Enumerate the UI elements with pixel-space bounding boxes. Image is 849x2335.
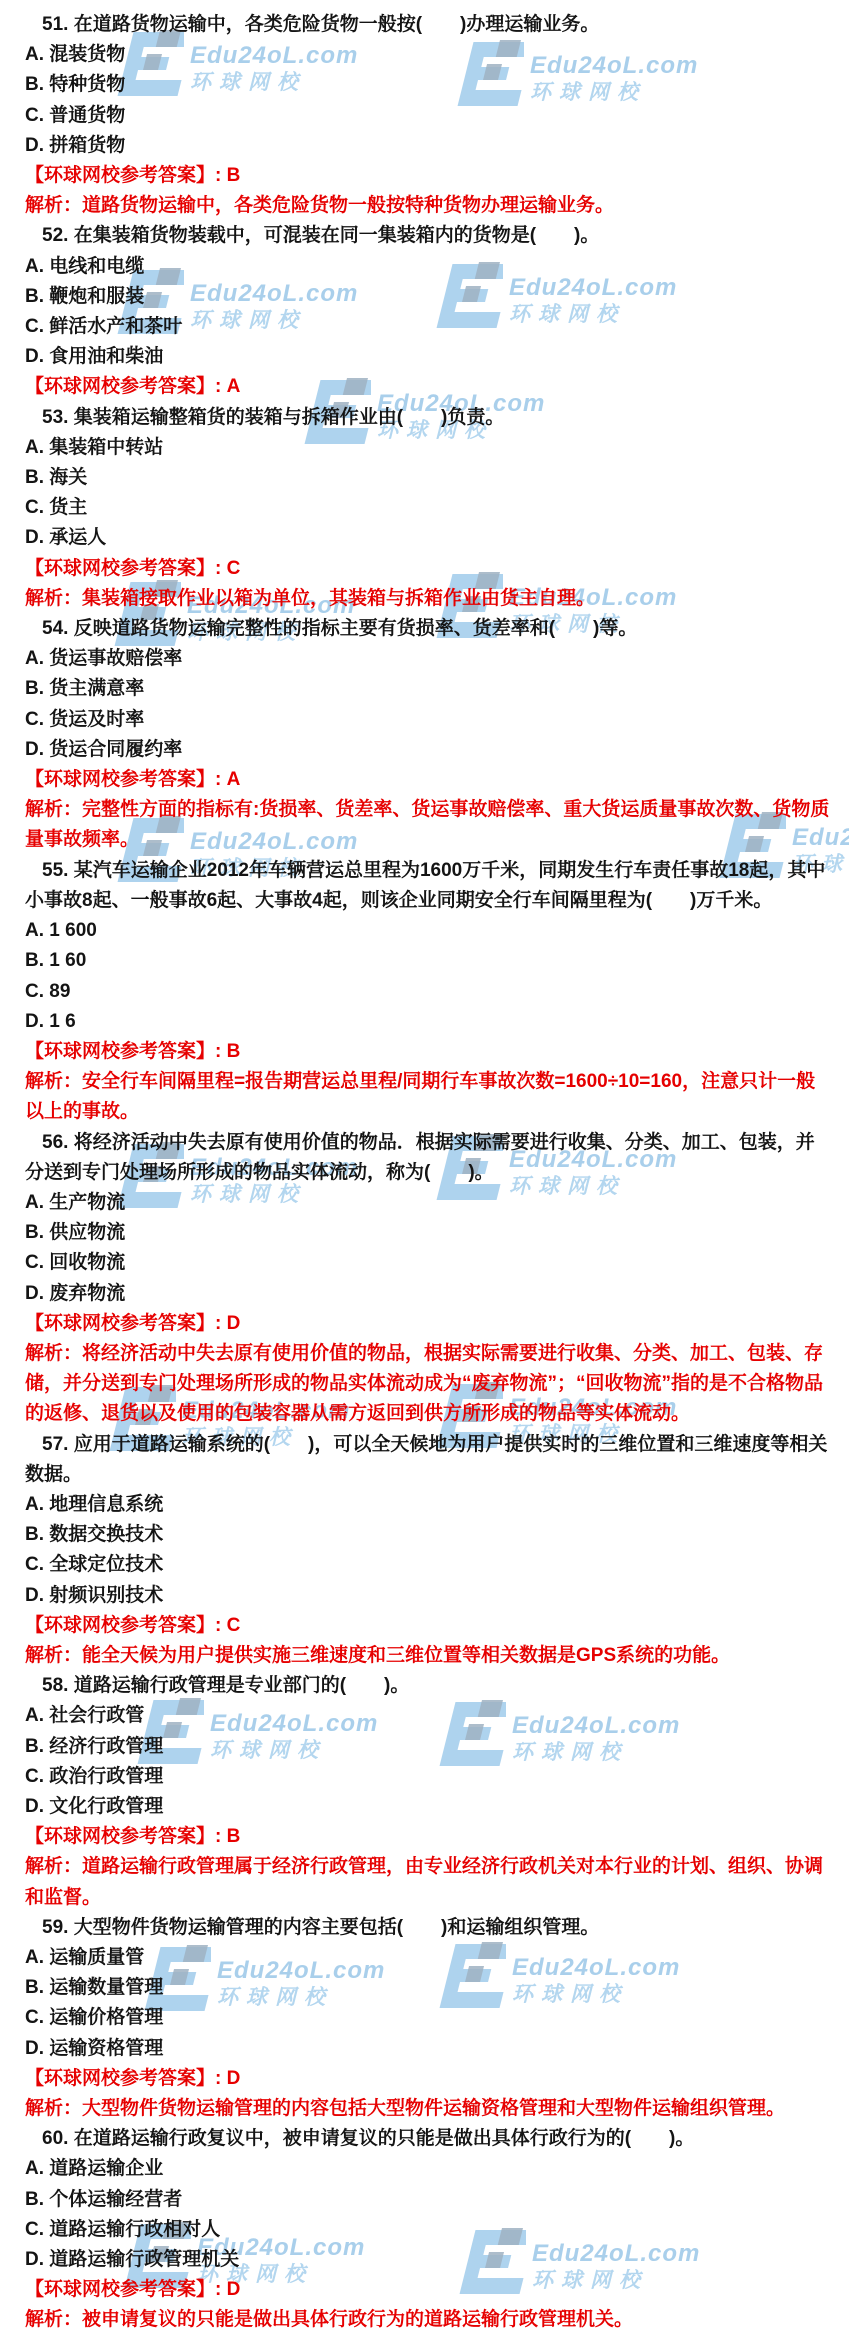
question-option: A. 电线和电缆 <box>25 252 831 282</box>
question-option: C. 89 <box>25 977 831 1007</box>
question-block: 58. 道路运输行政管理是专业部门的( )。 A. 社会行政管B. 经济行政管理… <box>25 1671 831 1913</box>
exam-document: 51. 在道路货物运输中，各类危险货物一般按( )办理运输业务。 A. 混装货物… <box>0 0 849 2335</box>
analysis-line: 解析：被申请复议的只能是做出具体行政行为的道路运输行政管理机关。 <box>25 2305 831 2335</box>
analysis-line: 解析：能全天候为用户提供实施三维速度和三维位置等相关数据是GPS系统的功能。 <box>25 1641 831 1671</box>
answer-line: 【环球网校参考答案】: B <box>25 1822 831 1852</box>
question-option: D. 文化行政管理 <box>25 1792 831 1822</box>
analysis-line: 解析：安全行车间隔里程=报告期营运总里程/同期行车事故次数=1600÷10=16… <box>25 1067 831 1127</box>
question-stem: 51. 在道路货物运输中，各类危险货物一般按( )办理运输业务。 <box>25 10 831 40</box>
question-option: B. 特种货物 <box>25 70 831 100</box>
option-list: A. 生产物流B. 供应物流C. 回收物流D. 废弃物流 <box>25 1188 831 1309</box>
question-option: A. 运输质量管 <box>25 1943 831 1973</box>
question-stem: 52. 在集装箱货物装载中，可混装在同一集装箱内的货物是( )。 <box>25 221 831 251</box>
option-list: A. 地理信息系统B. 数据交换技术C. 全球定位技术D. 射频识别技术 <box>25 1490 831 1611</box>
question-stem: 58. 道路运输行政管理是专业部门的( )。 <box>25 1671 831 1701</box>
question-block: 51. 在道路货物运输中，各类危险货物一般按( )办理运输业务。 A. 混装货物… <box>25 10 831 221</box>
option-list: A. 集装箱中转站B. 海关C. 货主D. 承运人 <box>25 433 831 554</box>
question-block: 52. 在集装箱货物装载中，可混装在同一集装箱内的货物是( )。 A. 电线和电… <box>25 221 831 402</box>
option-list: A. 道路运输企业B. 个体运输经营者C. 道路运输行政相对人D. 道路运输行政… <box>25 2154 831 2275</box>
question-block: 60. 在道路运输行政复议中，被申请复议的只能是做出具体行政行为的( )。 A.… <box>25 2124 831 2335</box>
answer-line: 【环球网校参考答案】: B <box>25 161 831 191</box>
question-option: C. 全球定位技术 <box>25 1550 831 1580</box>
question-option: D. 运输资格管理 <box>25 2034 831 2064</box>
question-stem: 55. 某汽车运输企业2012年车辆营运总里程为1600万千米，同期发生行车责任… <box>25 856 831 916</box>
question-option: A. 混装货物 <box>25 40 831 70</box>
question-option: A. 生产物流 <box>25 1188 831 1218</box>
question-block: 59. 大型物件货物运输管理的内容主要包括( )和运输组织管理。 A. 运输质量… <box>25 1913 831 2124</box>
question-option: D. 废弃物流 <box>25 1279 831 1309</box>
answer-line: 【环球网校参考答案】: D <box>25 1309 831 1339</box>
question-block: 56. 将经济活动中失去原有使用价值的物品．根据实际需要进行收集、分类、加工、包… <box>25 1128 831 1430</box>
question-option: C. 货主 <box>25 493 831 523</box>
question-option: C. 普通货物 <box>25 101 831 131</box>
question-stem: 54. 反映道路货物运输完整性的指标主要有货损率、货差率和( )等。 <box>25 614 831 644</box>
analysis-line: 解析：道路运输行政管理属于经济行政管理，由专业经济行政机关对本行业的计划、组织、… <box>25 1852 831 1912</box>
question-option: B. 海关 <box>25 463 831 493</box>
answer-line: 【环球网校参考答案】: D <box>25 2064 831 2094</box>
option-list: A. 电线和电缆B. 鞭炮和服装C. 鲜活水产和茶叶D. 食用油和柴油 <box>25 252 831 373</box>
question-option: D. 1 6 <box>25 1007 831 1037</box>
question-option: B. 运输数量管理 <box>25 1973 831 2003</box>
question-stem: 59. 大型物件货物运输管理的内容主要包括( )和运输组织管理。 <box>25 1913 831 1943</box>
analysis-line: 解析：将经济活动中失去原有使用价值的物品，根据实际需要进行收集、分类、加工、包装… <box>25 1339 831 1430</box>
analysis-line: 解析：完整性方面的指标有:货损率、货差率、货运事故赔偿率、重大货运质量事故次数、… <box>25 795 831 855</box>
question-block: 54. 反映道路货物运输完整性的指标主要有货损率、货差率和( )等。 A. 货运… <box>25 614 831 856</box>
answer-line: 【环球网校参考答案】: B <box>25 1037 831 1067</box>
option-list: A. 社会行政管B. 经济行政管理C. 政治行政管理D. 文化行政管理 <box>25 1701 831 1822</box>
question-option: C. 回收物流 <box>25 1248 831 1278</box>
question-list: 51. 在道路货物运输中，各类危险货物一般按( )办理运输业务。 A. 混装货物… <box>25 10 831 2335</box>
question-option: B. 1 60 <box>25 946 831 976</box>
answer-line: 【环球网校参考答案】: D <box>25 2275 831 2305</box>
question-option: B. 数据交换技术 <box>25 1520 831 1550</box>
option-list: A. 货运事故赔偿率B. 货主满意率C. 货运及时率D. 货运合同履约率 <box>25 644 831 765</box>
question-option: A. 货运事故赔偿率 <box>25 644 831 674</box>
question-stem: 57. 应用于道路运输系统的( )，可以全天候地为用户提供实时的三维位置和三维速… <box>25 1430 831 1490</box>
question-stem: 56. 将经济活动中失去原有使用价值的物品．根据实际需要进行收集、分类、加工、包… <box>25 1128 831 1188</box>
option-list: A. 运输质量管B. 运输数量管理C. 运输价格管理D. 运输资格管理 <box>25 1943 831 2064</box>
question-block: 57. 应用于道路运输系统的( )，可以全天候地为用户提供实时的三维位置和三维速… <box>25 1430 831 1672</box>
question-option: A. 道路运输企业 <box>25 2154 831 2184</box>
question-option: A. 1 600 <box>25 916 831 946</box>
question-option: D. 食用油和柴油 <box>25 342 831 372</box>
question-block: 55. 某汽车运输企业2012年车辆营运总里程为1600万千米，同期发生行车责任… <box>25 856 831 1128</box>
question-option: B. 个体运输经营者 <box>25 2185 831 2215</box>
analysis-line: 解析：道路货物运输中，各类危险货物一般按特种货物办理运输业务。 <box>25 191 831 221</box>
question-option: D. 射频识别技术 <box>25 1581 831 1611</box>
analysis-line: 解析：大型物件货物运输管理的内容包括大型物件运输资格管理和大型物件运输组织管理。 <box>25 2094 831 2124</box>
question-option: A. 集装箱中转站 <box>25 433 831 463</box>
question-option: C. 政治行政管理 <box>25 1762 831 1792</box>
question-stem: 53. 集装箱运输整箱货的装箱与拆箱作业由( )负责。 <box>25 403 831 433</box>
question-option: D. 拼箱货物 <box>25 131 831 161</box>
question-option: D. 道路运输行政管理机关 <box>25 2245 831 2275</box>
question-option: C. 鲜活水产和茶叶 <box>25 312 831 342</box>
analysis-line: 解析：集装箱接取作业以箱为单位，其装箱与拆箱作业由货主自理。 <box>25 584 831 614</box>
option-list: A. 1 600B. 1 60C. 89D. 1 6 <box>25 916 831 1037</box>
option-list: A. 混装货物B. 特种货物C. 普通货物D. 拼箱货物 <box>25 40 831 161</box>
question-option: A. 社会行政管 <box>25 1701 831 1731</box>
answer-line: 【环球网校参考答案】: A <box>25 765 831 795</box>
question-option: C. 货运及时率 <box>25 705 831 735</box>
answer-line: 【环球网校参考答案】: C <box>25 1611 831 1641</box>
question-option: D. 承运人 <box>25 523 831 553</box>
question-block: 53. 集装箱运输整箱货的装箱与拆箱作业由( )负责。 A. 集装箱中转站B. … <box>25 403 831 614</box>
question-option: A. 地理信息系统 <box>25 1490 831 1520</box>
answer-line: 【环球网校参考答案】: C <box>25 554 831 584</box>
question-option: B. 经济行政管理 <box>25 1732 831 1762</box>
question-option: B. 供应物流 <box>25 1218 831 1248</box>
question-option: B. 鞭炮和服装 <box>25 282 831 312</box>
question-stem: 60. 在道路运输行政复议中，被申请复议的只能是做出具体行政行为的( )。 <box>25 2124 831 2154</box>
question-option: C. 道路运输行政相对人 <box>25 2215 831 2245</box>
question-option: C. 运输价格管理 <box>25 2003 831 2033</box>
question-option: D. 货运合同履约率 <box>25 735 831 765</box>
question-option: B. 货主满意率 <box>25 674 831 704</box>
answer-line: 【环球网校参考答案】: A <box>25 372 831 402</box>
